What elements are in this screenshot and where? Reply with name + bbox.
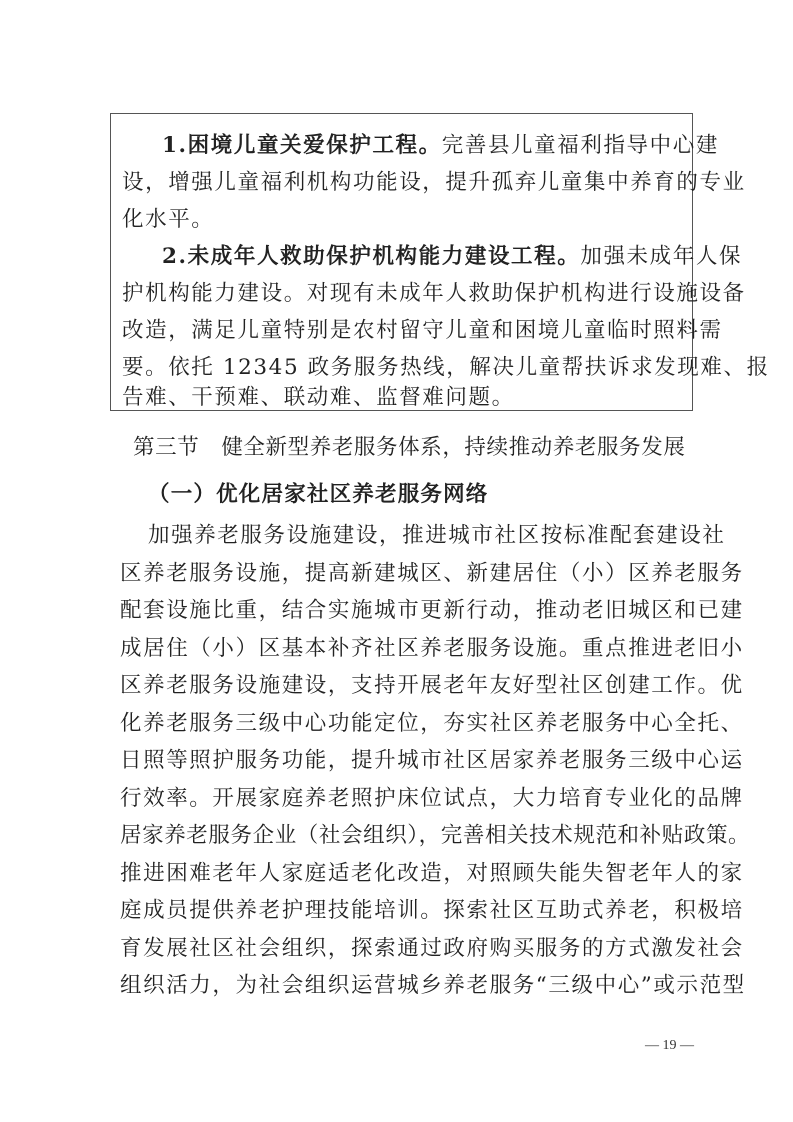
body-line-10: 推进困难老年人家庭适老化改造，对照顾失能失智老年人的家 — [120, 861, 744, 887]
body-line-4: 成居住（小）区基本补齐社区养老服务设施。重点推进老旧小 — [120, 636, 744, 662]
box-paragraph-2-line-2: 护机构能力建设。对现有未成年人救助保护机构进行设施设备 — [122, 281, 746, 307]
section-number: 第三节 — [133, 435, 199, 460]
page-number: — 19 — — [645, 1038, 694, 1054]
box-paragraph-1-line-3: 化水平。 — [122, 207, 214, 233]
body-line-2: 区养老服务设施，提高新建城区、新建居住（小）区养老服务 — [120, 561, 744, 587]
body-line-5: 区养老服务设施建设，支持开展老年友好型社区创建工作。优 — [120, 673, 744, 699]
box-paragraph-1-line-2: 设，增强儿童福利机构功能设，提升孤弃儿童集中养育的专业 — [122, 170, 746, 196]
body-line-3: 配套设施比重，结合实施城市更新行动，推动老旧城区和已建 — [120, 598, 744, 624]
body-line-6: 化养老服务三级中心功能定位，夯实社区养老服务中心全托、 — [120, 711, 744, 737]
box-paragraph-2-line-5: 告难、干预难、联动难、监督难问题。 — [122, 385, 515, 411]
box-paragraph-2-line-1: 2.未成年人救助保护机构能力建设工程。加强未成年人保 — [162, 244, 742, 270]
box-paragraph-2-line-3: 改造，满足儿童特别是农村留守儿童和困境儿童临时照料需 — [122, 318, 723, 344]
body-line-11: 庭成员提供养老护理技能培训。探索社区互助式养老，积极培 — [120, 898, 744, 924]
body-line-12: 育发展社区社会组织，探索通过政府购买服务的方式激发社会 — [120, 936, 744, 962]
body-line-13: 组织活力，为社会组织运营城乡养老服务“三级中心”或示范型 — [120, 973, 746, 999]
body-line-7: 日照等照护服务功能，提升城市社区居家养老服务三级中心运 — [120, 748, 744, 774]
box-paragraph-2-line-4: 要。依托 12345 政务服务热线，解决儿童帮扶诉求发现难、报 — [122, 355, 770, 381]
body-line-9: 居家养老服务企业（社会组织），完善相关技术规范和补贴政策。 — [120, 823, 750, 849]
box-text: 加强未成年人保 — [580, 244, 742, 269]
project-heading-1: 1.困境儿童关爱保护工程。 — [162, 133, 442, 158]
section-title: 健全新型养老服务体系，持续推动养老服务发展 — [221, 435, 685, 460]
project-heading-2: 2.未成年人救助保护机构能力建设工程。 — [162, 244, 580, 269]
box-paragraph-1-line-1: 1.困境儿童关爱保护工程。完善县儿童福利指导中心建 — [162, 133, 719, 159]
section-heading: 第三节健全新型养老服务体系，持续推动养老服务发展 — [133, 435, 685, 461]
document-page: 1.困境儿童关爱保护工程。完善县儿童福利指导中心建 设，增强儿童福利机构功能设，… — [0, 0, 793, 1122]
body-line-8: 行效率。开展家庭养老照护床位试点，大力培育专业化的品牌 — [120, 786, 744, 812]
box-text: 完善县儿童福利指导中心建 — [442, 133, 719, 158]
sub-heading: （一）优化居家社区养老服务网络 — [148, 482, 489, 508]
body-line-1: 加强养老服务设施建设，推进城市社区按标准配套建设社 — [148, 523, 726, 549]
